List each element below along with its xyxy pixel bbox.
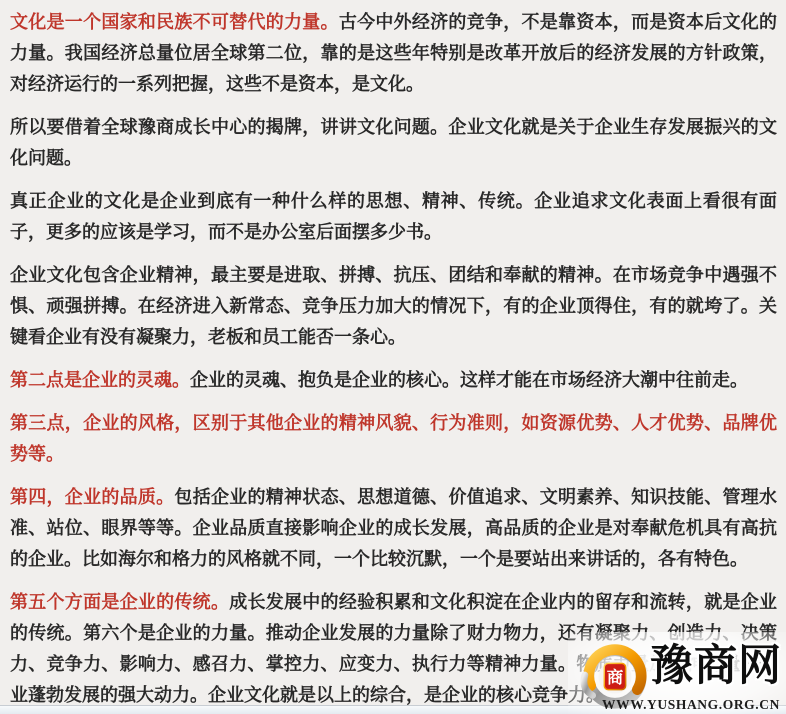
text-segment: 企业的灵魂、抱负是企业的核心。这样才能在市场经济大潮中往前走。 [190,370,748,390]
site-watermark: 商 豫商网 WWW.YUSHANG.ORG.CN [576,640,786,714]
highlight-text-segment: 文化是一个国家和民族不可替代的力量。 [10,12,339,32]
highlight-text-segment: 第五个方面是企业的传统。 [10,592,229,612]
watermark-site-name: 豫商网 [650,643,782,689]
paragraph: 第四，企业的品质。包括企业的精神状态、思想道德、价值追求、文明素养、知识技能、管… [10,482,777,575]
paragraph: 文化是一个国家和民族不可替代的力量。古今中外经济的竞争，不是靠资本，而是资本后文… [10,7,777,100]
paragraph: 第二点是企业的灵魂。企业的灵魂、抱负是企业的核心。这样才能在市场经济大潮中往前走… [10,365,777,396]
paragraph: 所以要借着全球豫商成长中心的揭牌，讲讲文化问题。企业文化就是关于企业生存发展振兴… [10,112,777,174]
highlight-text-segment: 第四，企业的品质。 [10,487,174,507]
paragraph: 第三点，企业的风格，区别于其他企业的精神风貌、行为准则，如资源优势、人才优势、品… [10,408,777,470]
watermark-url: WWW.YUSHANG.ORG.CN [600,697,782,713]
text-segment: 真正企业的文化是企业到底有一种什么样的思想、精神、传统。企业追求文化表面上看很有… [10,191,777,242]
highlight-text-segment: 第二点是企业的灵魂。 [10,370,190,390]
article-page: 文化是一个国家和民族不可替代的力量。古今中外经济的竞争，不是靠资本，而是资本后文… [0,0,786,714]
text-segment: 所以要借着全球豫商成长中心的揭牌，讲讲文化问题。企业文化就是关于企业生存发展振兴… [10,117,777,168]
text-segment: 企业文化包含企业精神，最主要是进取、拼搏、抗压、团结和奉献的精神。在市场竞争中遇… [10,265,777,347]
paragraph: 企业文化包含企业精神，最主要是进取、拼搏、抗压、团结和奉献的精神。在市场竞争中遇… [10,260,777,353]
article-body: 文化是一个国家和民族不可替代的力量。古今中外经济的竞争，不是靠资本，而是资本后文… [0,0,786,711]
highlight-text-segment: 第三点，企业的风格，区别于其他企业的精神风貌、行为准则，如资源优势、人才优势、品… [10,413,777,464]
seal-character: 商 [607,667,624,687]
paragraph: 真正企业的文化是企业到底有一种什么样的思想、精神、传统。企业追求文化表面上看很有… [10,186,777,248]
